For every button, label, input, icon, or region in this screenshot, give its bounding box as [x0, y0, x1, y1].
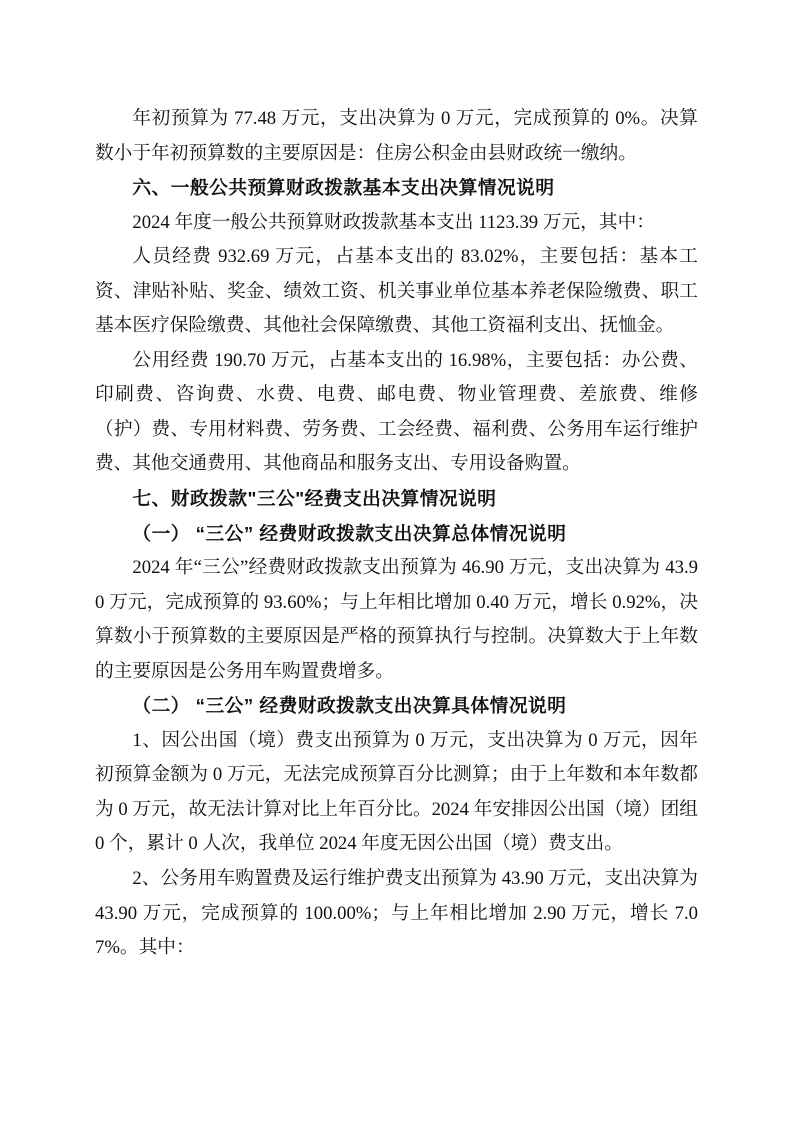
paragraph-public-funds: 公用经费 190.70 万元，占基本支出的 16.98%，主要包括：办公费、印刷… [95, 344, 698, 482]
subsection-heading-one-overall: （一） “三公” 经费财政拨款支出决算总体情况说明 [95, 517, 698, 552]
paragraph-three-public-overall: 2024 年“三公”经费财政拨款支出预算为 46.90 万元，支出决算为 43.… [95, 551, 698, 689]
section-heading-seven-three-public-funds: 七、财政拨款"三公"经费支出决算情况说明 [95, 482, 698, 517]
paragraph-overseas-travel-expense: 1、因公出国（境）费支出预算为 0 万元，支出决算为 0 万元，因年初预算金额为… [95, 724, 698, 862]
paragraph-basic-expenditure-total: 2024 年度一般公共预算财政拨款基本支出 1123.39 万元，其中： [95, 206, 698, 241]
paragraph-personnel-funds: 人员经费 932.69 万元，占基本支出的 83.02%，主要包括：基本工资、津… [95, 240, 698, 344]
paragraph-official-vehicle-expense: 2、公务用车购置费及运行维护费支出预算为 43.90 万元，支出决算为 43.9… [95, 862, 698, 966]
section-heading-six-basic-expenditure: 六、一般公共预算财政拨款基本支出决算情况说明 [95, 171, 698, 206]
document-page: 年初预算为 77.48 万元，支出决算为 0 万元，完成预算的 0%。决算数小于… [0, 0, 793, 1122]
paragraph-housing-fund-budget: 年初预算为 77.48 万元，支出决算为 0 万元，完成预算的 0%。决算数小于… [95, 102, 698, 171]
subsection-heading-two-specific: （二） “三公” 经费财政拨款支出决算具体情况说明 [95, 689, 698, 724]
